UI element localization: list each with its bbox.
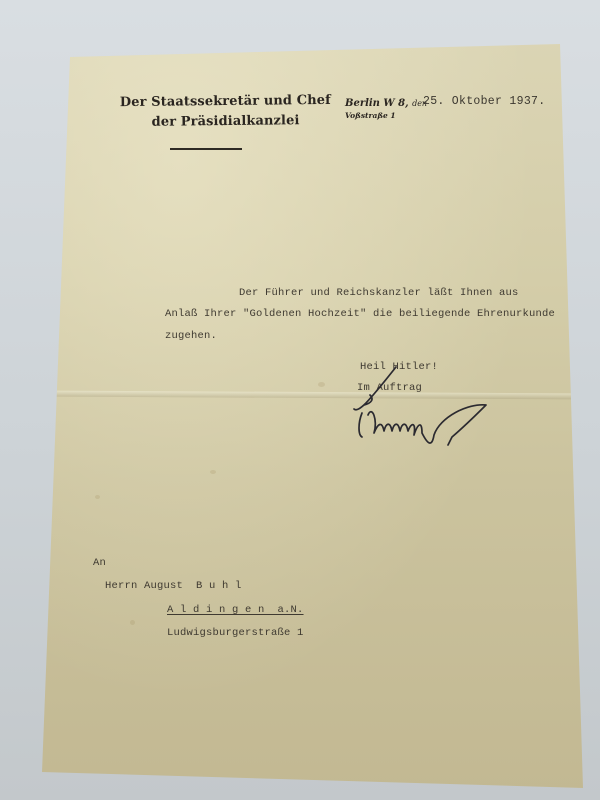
signature xyxy=(348,365,498,455)
body-line-3: zugehen. xyxy=(165,330,217,342)
fold-line xyxy=(44,391,584,400)
address-name: Herrn August B u h l xyxy=(105,580,242,592)
letterhead-rule xyxy=(170,148,242,150)
letterhead: Der Staatssekretär und Chef der Präsidia… xyxy=(120,91,331,133)
stain xyxy=(318,382,325,387)
letter-date: 25. Oktober 1937. xyxy=(423,95,545,108)
stain xyxy=(95,495,100,499)
address-to: An xyxy=(93,557,106,569)
city: Berlin W 8, xyxy=(345,98,409,109)
address-street: Ludwigsburgerstraße 1 xyxy=(167,627,304,639)
stain xyxy=(130,620,135,625)
stain xyxy=(210,470,216,474)
place-line: Berlin W 8, den xyxy=(345,98,427,109)
body-line-1: Der Führer und Reichskanzler läßt Ihnen … xyxy=(239,287,519,299)
sender-street: Voßstraße 1 xyxy=(345,111,396,120)
letterhead-line-1: Der Staatssekretär und Chef xyxy=(120,91,331,113)
letterhead-line-2: der Präsidialkanzlei xyxy=(120,111,331,133)
body-line-2: Anlaß Ihrer "Goldenen Hochzeit" die beil… xyxy=(165,308,555,320)
address-town: A l d i n g e n a.N. xyxy=(167,604,304,616)
letter-paper: Der Staatssekretär und Chef der Präsidia… xyxy=(0,0,600,800)
